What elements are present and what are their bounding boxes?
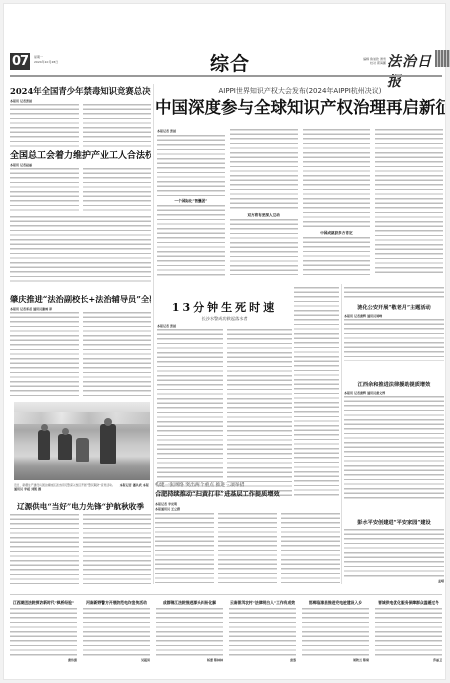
photo-person: [38, 430, 50, 460]
article-byline: 本报记者 李光明: [155, 502, 340, 506]
article-body: [10, 514, 79, 584]
article-byline: 本报记者 张晨: [157, 324, 292, 328]
article-credit: 周秋云 陈琦: [302, 658, 369, 662]
photo-person: [100, 424, 116, 464]
article-headline: 邯郸临漳县推进充电桩建设入乡: [302, 599, 369, 606]
newspaper-logo: 法治日报: [387, 51, 442, 91]
lead-story-body: 本报记者 张晨 一个国际化“智囊团” 双方将有更深入互动 中国成就获多方肯定: [157, 129, 443, 279]
article-body: [83, 104, 152, 148]
article-body: [10, 608, 77, 658]
photo-caption: 近日，新疆生产建设兵团边境地区派出所民警深入牧区开展“警民联防”宣传活动。 本报…: [14, 483, 150, 491]
column-divider: [153, 84, 154, 584]
article-body: [344, 396, 444, 500]
article-body: [10, 168, 79, 214]
article-liaoyuan: 辽源供电“当好”电力先锋“护航秋收季: [10, 501, 151, 587]
article-body: [302, 608, 369, 658]
article-headline: 晋城供电优化服务保障群众温暖过冬: [375, 599, 442, 606]
article-body: [83, 312, 152, 398]
article-body-continued: [10, 216, 151, 284]
article-body: [155, 513, 214, 583]
lead-byline: 本报记者 张晨: [157, 129, 225, 133]
article-byline: 本报讯 记者黄辉 通讯员黄文博: [344, 391, 444, 395]
article-zhaoqing-legal: 肇庆推进“法治副校长+法治辅导员”全覆盖 本报讯 记者邓君 通讯员谢雨 彩: [10, 294, 151, 398]
article-body-column: [294, 287, 339, 502]
lead-subhead: 一个国际化“智囊团”: [157, 197, 225, 205]
lead-subhead: 双方将有更深入互动: [230, 211, 298, 219]
page-number: 07: [10, 53, 30, 70]
brief-article: 晋城供电优化服务保障群众温暖过冬 乔丽卫: [375, 599, 442, 669]
brief-article: 云南普洱农村“法律明白人”工作有成效 袁蒸: [229, 599, 296, 669]
date: 2024年10月28日: [34, 60, 58, 65]
brief-article: 江西湖团法院探访新时代“枫桥经验” 黄伟源: [10, 599, 77, 669]
article-body: [230, 219, 298, 275]
article-body: [83, 168, 152, 214]
article-headline: 彭水平安创建进“平安家园”建设: [344, 519, 444, 527]
lead-headline: 中国深度参与全球知识产权治理再启新征程: [155, 97, 445, 119]
article-body: [157, 205, 225, 277]
article-body: [344, 319, 444, 361]
article-credit: 吴超男: [83, 658, 150, 662]
article-body: [10, 312, 79, 398]
bottom-row-divider: [10, 594, 442, 595]
article-credit: 杨蕾 陈林林: [156, 658, 223, 662]
article-headline: 江西湖团法院探访新时代“枫桥经验”: [10, 599, 77, 606]
article-body: [230, 129, 298, 211]
article-headline: 云南普洱农村“法律明白人”工作有成效: [229, 599, 296, 606]
article-13-minutes: 13分钟生死时速 长沙水警成功救起落水者 本报记者 张晨: [157, 301, 292, 501]
article-body: [83, 514, 152, 584]
article-body: [227, 329, 293, 497]
editors-credit: 编辑 鲁旭欣 滑雪 校对 郭海鹏: [344, 57, 386, 65]
article-body: [157, 329, 223, 497]
article-body-continued: [344, 287, 444, 299]
newspaper-page: 07 星期一 2024年10月28日 综合 编辑 鲁旭欣 滑雪 校对 郭海鹏 法…: [3, 3, 446, 680]
article-byline: 本报讯 记者黄辉 通讯员周峰: [344, 314, 444, 318]
article-body: [294, 287, 339, 497]
article-credit: 乔丽卫: [375, 658, 442, 662]
photo-person-head: [41, 424, 48, 431]
bottom-briefs: 江西湖团法院探访新时代“枫桥经验” 黄伟源 河南新野警方开展防范电诈宣传活动 吴…: [10, 599, 442, 669]
masthead: 07 星期一 2024年10月28日 综合 编辑 鲁旭欣 滑雪 校对 郭海鹏 法…: [10, 53, 442, 75]
lead-kicker: AIPPI世界知识产权大会发布(2024年AIPPI杭州决议): [155, 86, 445, 96]
page-date: 星期一 2024年10月28日: [34, 55, 58, 65]
article-hefei: 构建一张网络 突出两个重点 推进三项举措 合肥持续推动“扫黄打非”进基层工作提质…: [155, 482, 340, 592]
article-byline: 本报讯 记者赵丽: [10, 163, 151, 167]
article-jiangxi-legal-aid: 江西余和推进法律援助提质增效 本报讯 记者黄辉 通讯员黄文博: [344, 381, 444, 501]
article-kicker: 构建一张网络 突出两个重点 推进三项举措: [155, 482, 340, 490]
article-credit: 孟晴: [344, 579, 444, 583]
article-body: [344, 287, 444, 299]
photo-mountains: [14, 412, 150, 424]
news-photo: [14, 402, 150, 480]
article-credit: 袁蒸: [229, 658, 296, 662]
article-headline: 合肥持续推动“扫黄打非”进基层工作提质增效: [155, 490, 340, 499]
photo-person-head: [62, 428, 69, 435]
photo-person: [76, 438, 89, 462]
article-youth-antidrug: 2024年全国青少年禁毒知识竞赛总决赛举行 本报讯 记者张晨: [10, 86, 151, 148]
lead-story-header: AIPPI世界知识产权大会发布(2024年AIPPI杭州决议) 中国深度参与全球…: [155, 86, 445, 126]
article-headline: 江西余和推进法律援助提质增效: [344, 381, 444, 389]
article-body: [10, 104, 79, 148]
article-headline: 河南新野警方开展防范电诈宣传活动: [83, 599, 150, 606]
brief-article: 成都锦江法院推进源头纠纷化解 杨蕾 陈林林: [156, 599, 223, 669]
section-title: 综合: [210, 49, 250, 76]
article-body: [229, 608, 296, 658]
article-body: [218, 513, 277, 583]
article-headline: 全国总工会着力维护产业工人合法权益: [10, 150, 151, 162]
lead-subhead: 中国成就获多方肯定: [303, 229, 371, 237]
brief-article: 河南新野警方开展防范电诈宣传活动 吴超男: [83, 599, 150, 669]
article-body: [344, 529, 444, 579]
article-body: [375, 608, 442, 658]
article-credit: 黄伟源: [10, 658, 77, 662]
article-pengshui: 彭水平安创建进“平安家园”建设 孟晴: [344, 519, 444, 589]
article-body: [303, 129, 371, 229]
article-body: [281, 513, 340, 583]
article-respect-elders: 涟化公安开展“敬老月”主题活动 本报讯 记者黄辉 通讯员周峰: [344, 304, 444, 364]
article-headline: 13分钟生死时速: [157, 301, 292, 315]
article-headline: 成都锦江法院推进源头纠纷化解: [156, 599, 223, 606]
qr-code-icon: [435, 50, 450, 67]
article-headline: 肇庆推进“法治副校长+法治辅导员”全覆盖: [10, 294, 151, 305]
article-headline: 涟化公安开展“敬老月”主题活动: [344, 304, 444, 312]
article-headline: 2024年全国青少年禁毒知识竞赛总决赛举行: [10, 86, 151, 97]
article-body: [157, 135, 225, 197]
proofreader-line: 校对 郭海鹏: [344, 61, 386, 65]
article-body: [375, 129, 443, 275]
article-trade-union: 全国总工会着力维护产业工人合法权益 本报讯 记者赵丽: [10, 150, 151, 214]
article-headline: 辽源供电“当好”电力先锋“护航秋收季: [10, 501, 151, 512]
article-body: [83, 608, 150, 658]
photo-person: [58, 434, 72, 460]
photo-person-head: [104, 418, 112, 426]
article-subheadline: 长沙水警成功救起落水者: [157, 315, 292, 322]
article-byline: 本报通讯员 王立群: [155, 507, 340, 511]
masthead-rule: [10, 75, 442, 77]
brief-article: 邯郸临漳县推进充电桩建设入乡 周秋云 陈琦: [302, 599, 369, 669]
column-divider: [341, 284, 342, 584]
article-byline: 本报讯 记者邓君 通讯员谢雨 彩: [10, 307, 151, 311]
article-body: [156, 608, 223, 658]
article-byline: 本报讯 记者张晨: [10, 99, 151, 103]
article-body: [303, 237, 371, 275]
